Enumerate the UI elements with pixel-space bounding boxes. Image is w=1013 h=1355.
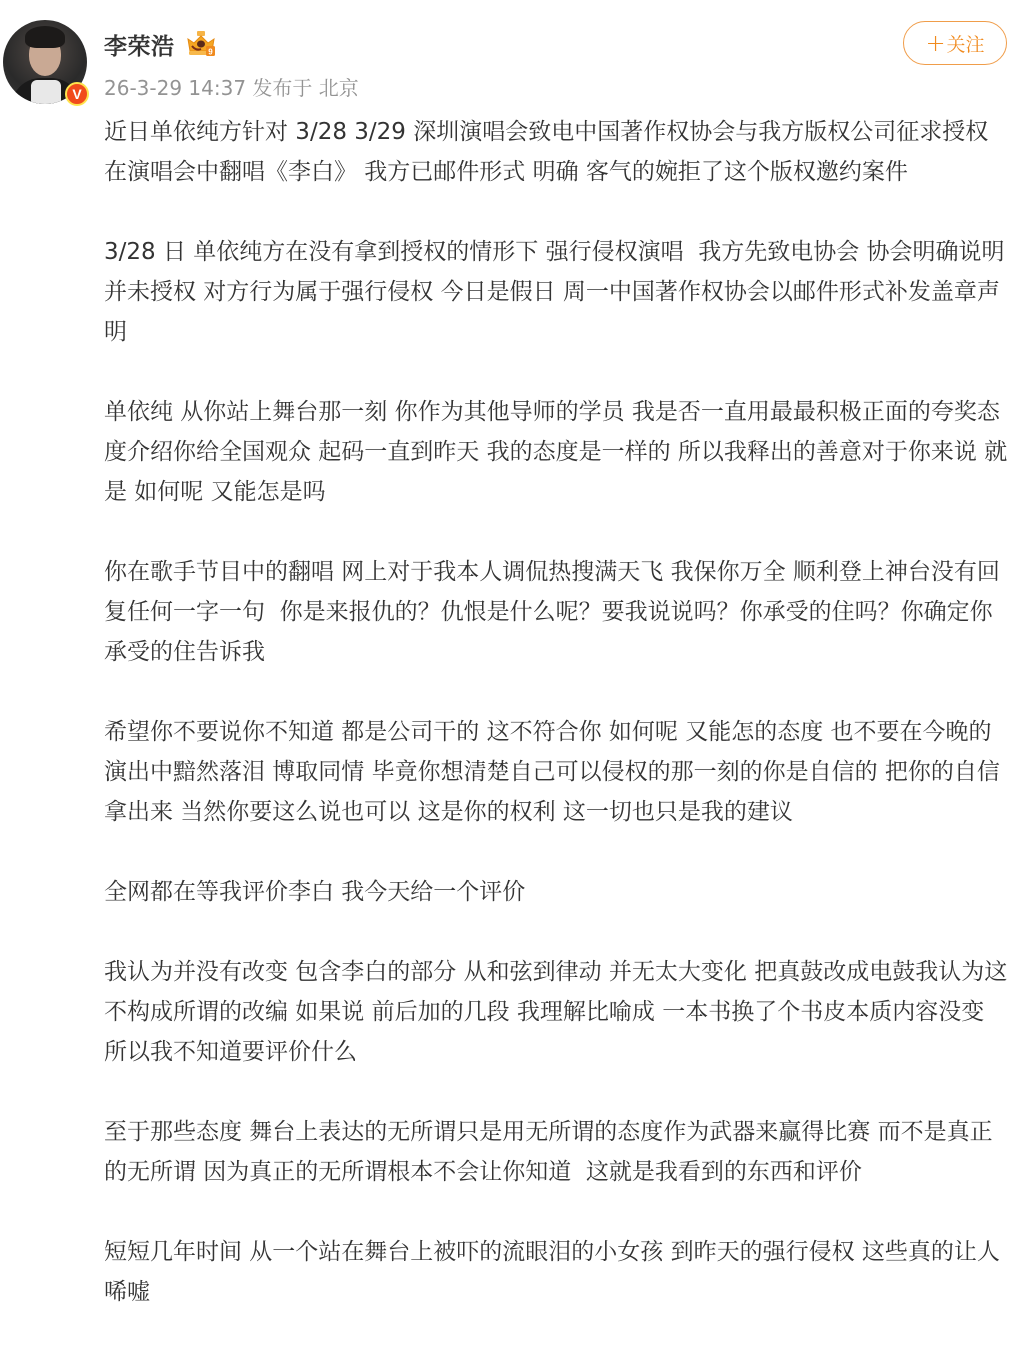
post-paragraph: 3/28 日 单依纯方在没有拿到授权的情形下 强行侵权演唱 我方先致电协会 协会… [104,232,1010,352]
author-name[interactable]: 李荣浩 [104,28,175,61]
plus-icon: + [925,31,945,55]
post-body: 近日单依纯方针对 3/28 3/29 深圳演唱会致电中国著作权协会与我方版权公司… [104,112,1010,1352]
verified-v-icon: V [65,82,89,106]
post-paragraph: 我认为并没有改变 包含李白的部分 从和弦到律动 并无太大变化 把真鼓改成电鼓我认… [104,952,1010,1072]
post-paragraph: 单依纯 从你站上舞台那一刻 你作为其他导师的学员 我是否一直用最最积极正面的夸奖… [104,392,1010,512]
avatar-hair [25,26,65,48]
post-paragraph: 至于那些态度 舞台上表达的无所谓只是用无所谓的态度作为武器来赢得比赛 而不是真正… [104,1112,1010,1192]
avatar-shirt [31,80,61,104]
post-paragraph: 全网都在等我评价李白 我今天给一个评价 [104,872,1010,912]
follow-button[interactable]: + 关注 [903,21,1007,65]
avatar[interactable]: V [3,20,89,106]
follow-label: 关注 [947,30,985,57]
level-number: 9 [208,48,213,57]
post-paragraph: 短短几年时间 从一个站在舞台上被吓的流眼泪的小女孩 到昨天的强行侵权 这些真的让… [104,1232,1010,1312]
post-header: V 李荣浩 9 26-3-29 14:37 发布于 北京 + 关注 [0,0,1013,115]
post-paragraph: 你在歌手节目中的翻唱 网上对于我本人调侃热搜满天飞 我保你万全 顺利登上神台没有… [104,552,1010,672]
post-location: 发布于 北京 [252,76,358,100]
crown-level-icon[interactable]: 9 [186,31,216,57]
post-meta: 26-3-29 14:37 发布于 北京 [104,72,359,101]
post-paragraph: 希望你不要说你不知道 都是公司干的 这不符合你 如何呢 又能怎的态度 也不要在今… [104,712,1010,832]
post-paragraph: 近日单依纯方针对 3/28 3/29 深圳演唱会致电中国著作权协会与我方版权公司… [104,112,1010,192]
post-timestamp[interactable]: 26-3-29 14:37 [104,76,246,100]
